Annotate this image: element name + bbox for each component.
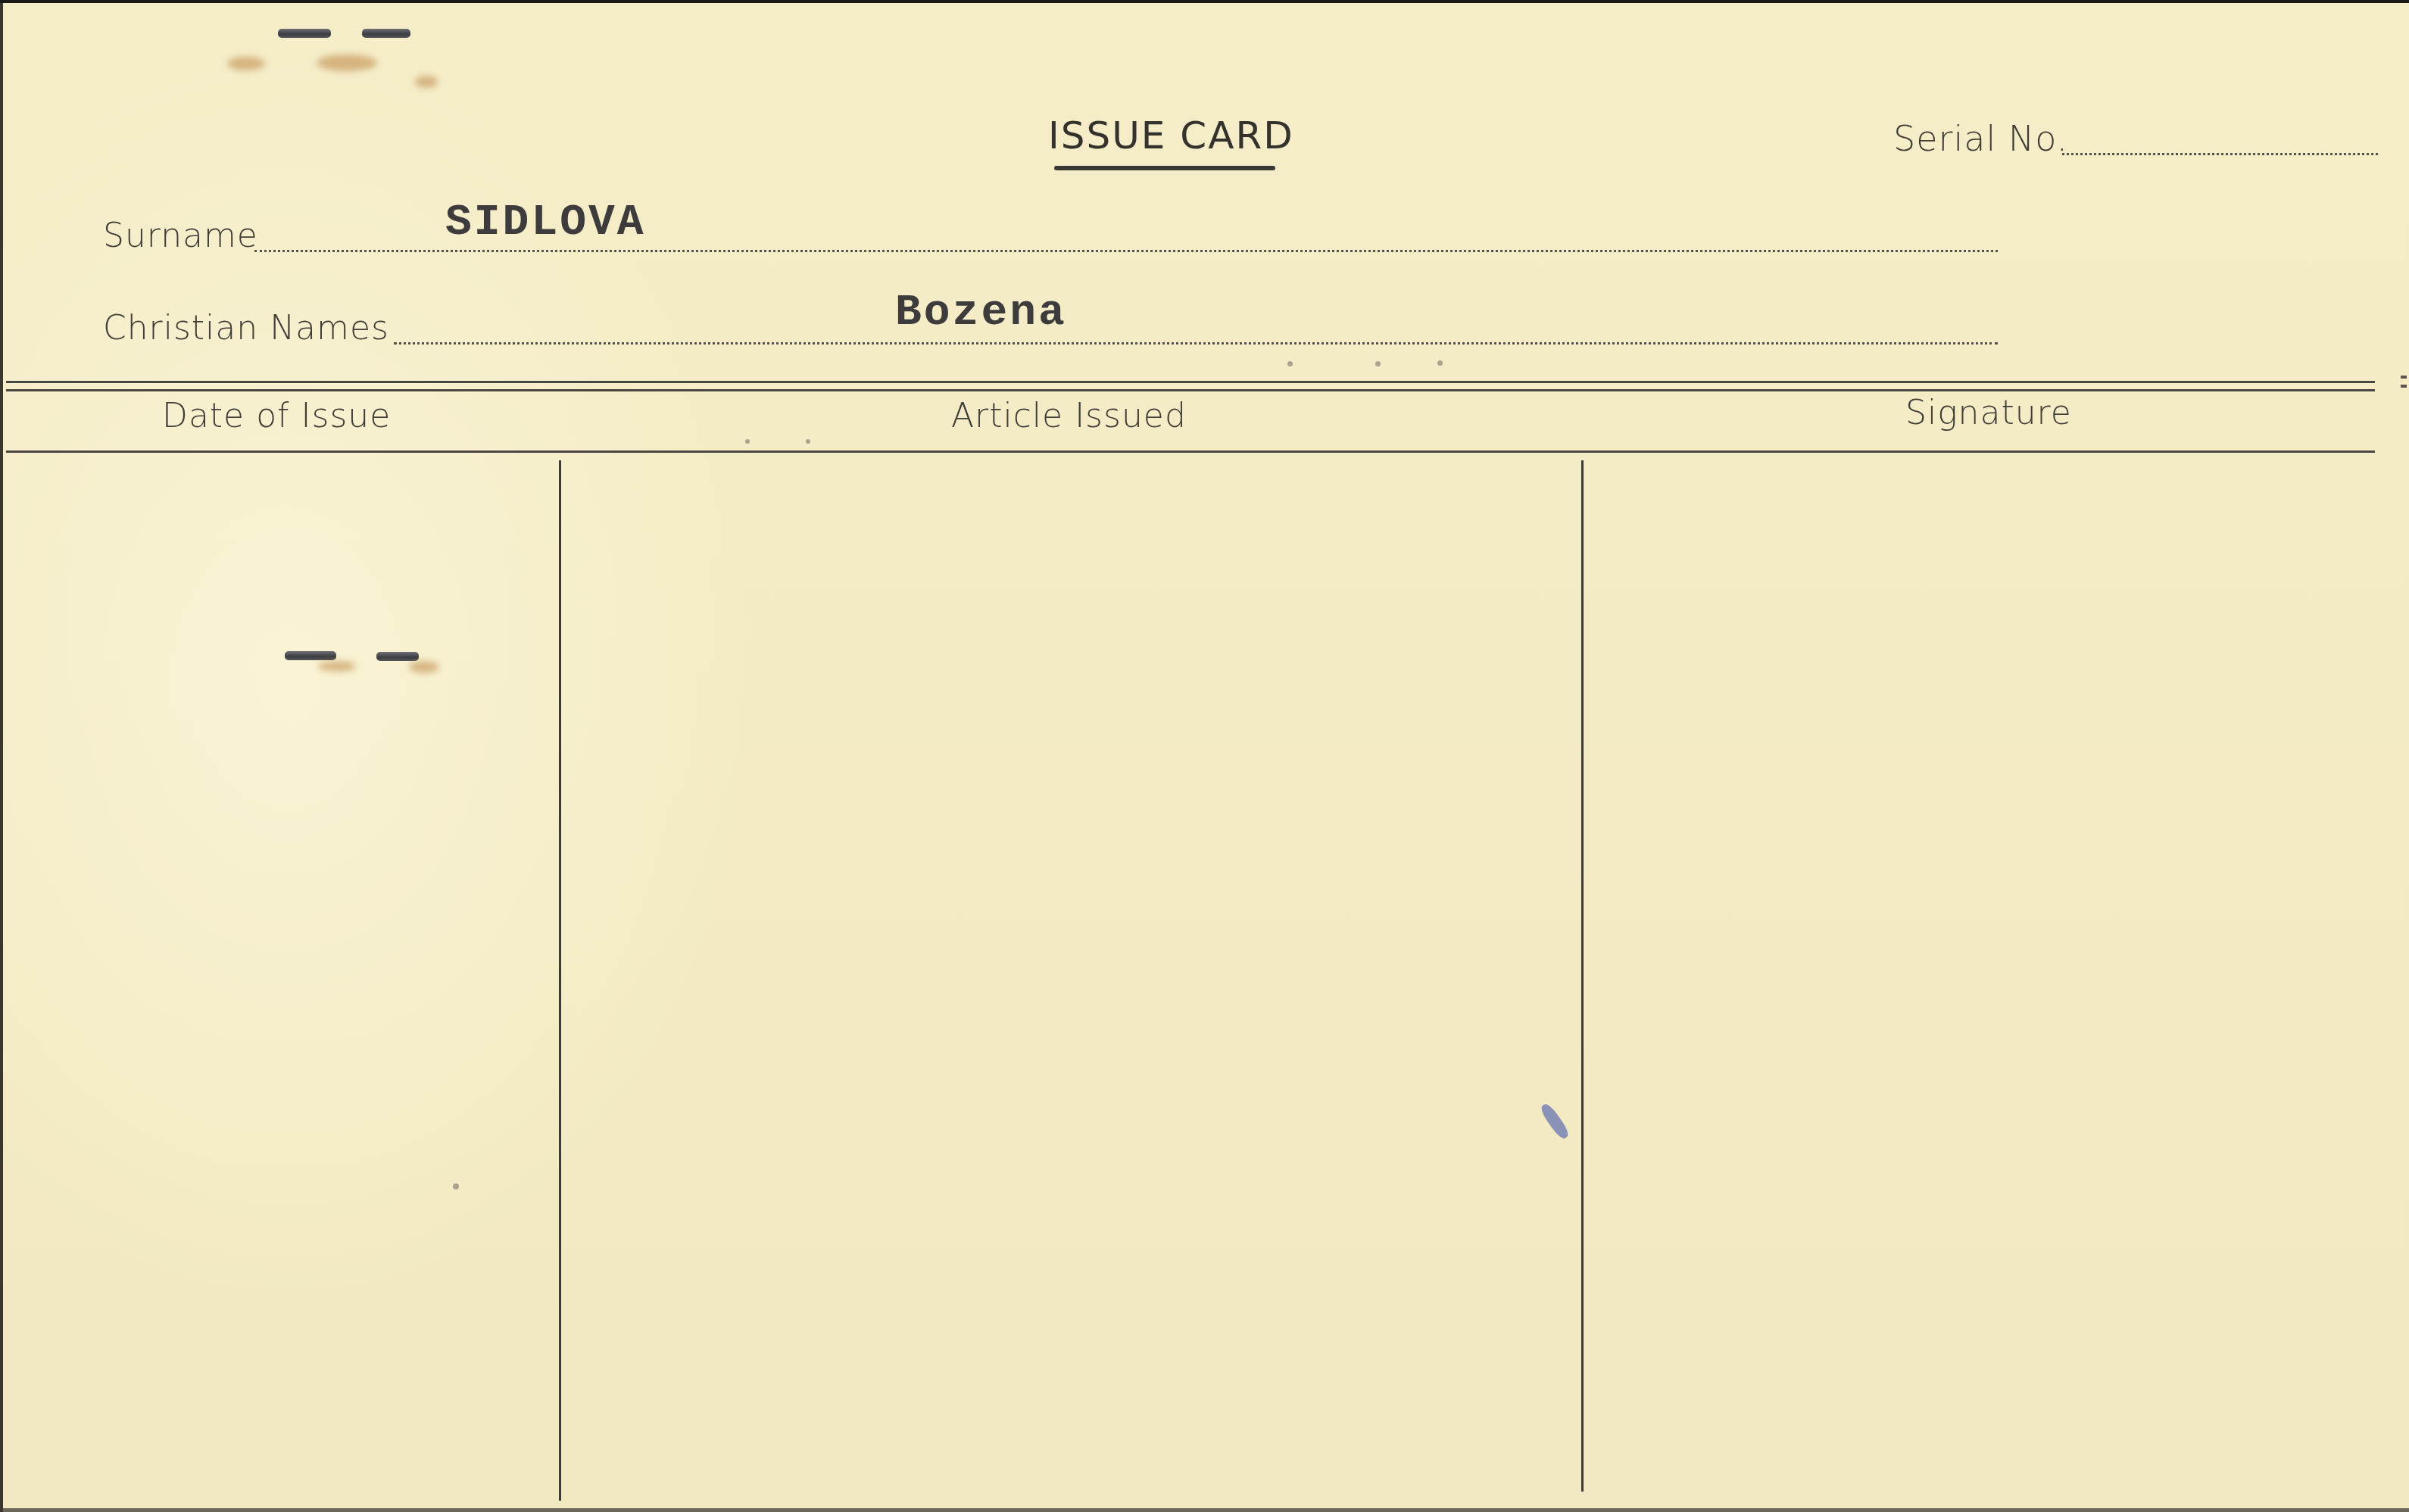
staple-icon [362,29,410,38]
edge-mark [2401,376,2407,379]
column-divider [559,460,561,1501]
rust-stain [415,76,438,88]
surname-label: Surname [103,217,258,255]
staple-icon [278,29,331,38]
surname-value: SIDLOVA [445,198,646,248]
column-header-article-issued: Article Issued [951,397,1187,435]
title-underline [1054,166,1275,170]
card-title: ISSUE CARD [1048,114,1294,157]
issue-card: ISSUE CARD Serial No. Surname SIDLOVA Ch… [0,0,2409,1512]
christian-names-label: Christian Names [103,309,389,348]
rust-stain [227,57,265,70]
paper-speck [453,1183,459,1189]
paper-speck [1375,361,1381,366]
christian-names-dotted-line [394,342,1998,344]
paper-speck [1437,360,1443,366]
date-of-issue-column [6,454,557,1499]
paper-speck [1287,361,1293,366]
double-rule-top [6,381,2375,383]
header-rule [6,450,2375,453]
paper-speck [806,439,810,444]
christian-names-value: Bozena [895,288,1067,338]
surname-dotted-line [254,250,1998,252]
edge-mark [2401,385,2407,388]
column-divider [1581,460,1584,1492]
article-issued-column [562,454,1580,1499]
paper-speck [745,439,750,444]
signature-column [1584,454,2375,1499]
rust-stain [317,55,377,71]
column-header-signature: Signature [1905,394,2072,432]
double-rule-bottom [6,389,2375,391]
serial-number-label: Serial No. [1893,118,2068,159]
serial-number-field [2062,153,2378,155]
column-header-date-of-issue: Date of Issue [162,397,391,435]
